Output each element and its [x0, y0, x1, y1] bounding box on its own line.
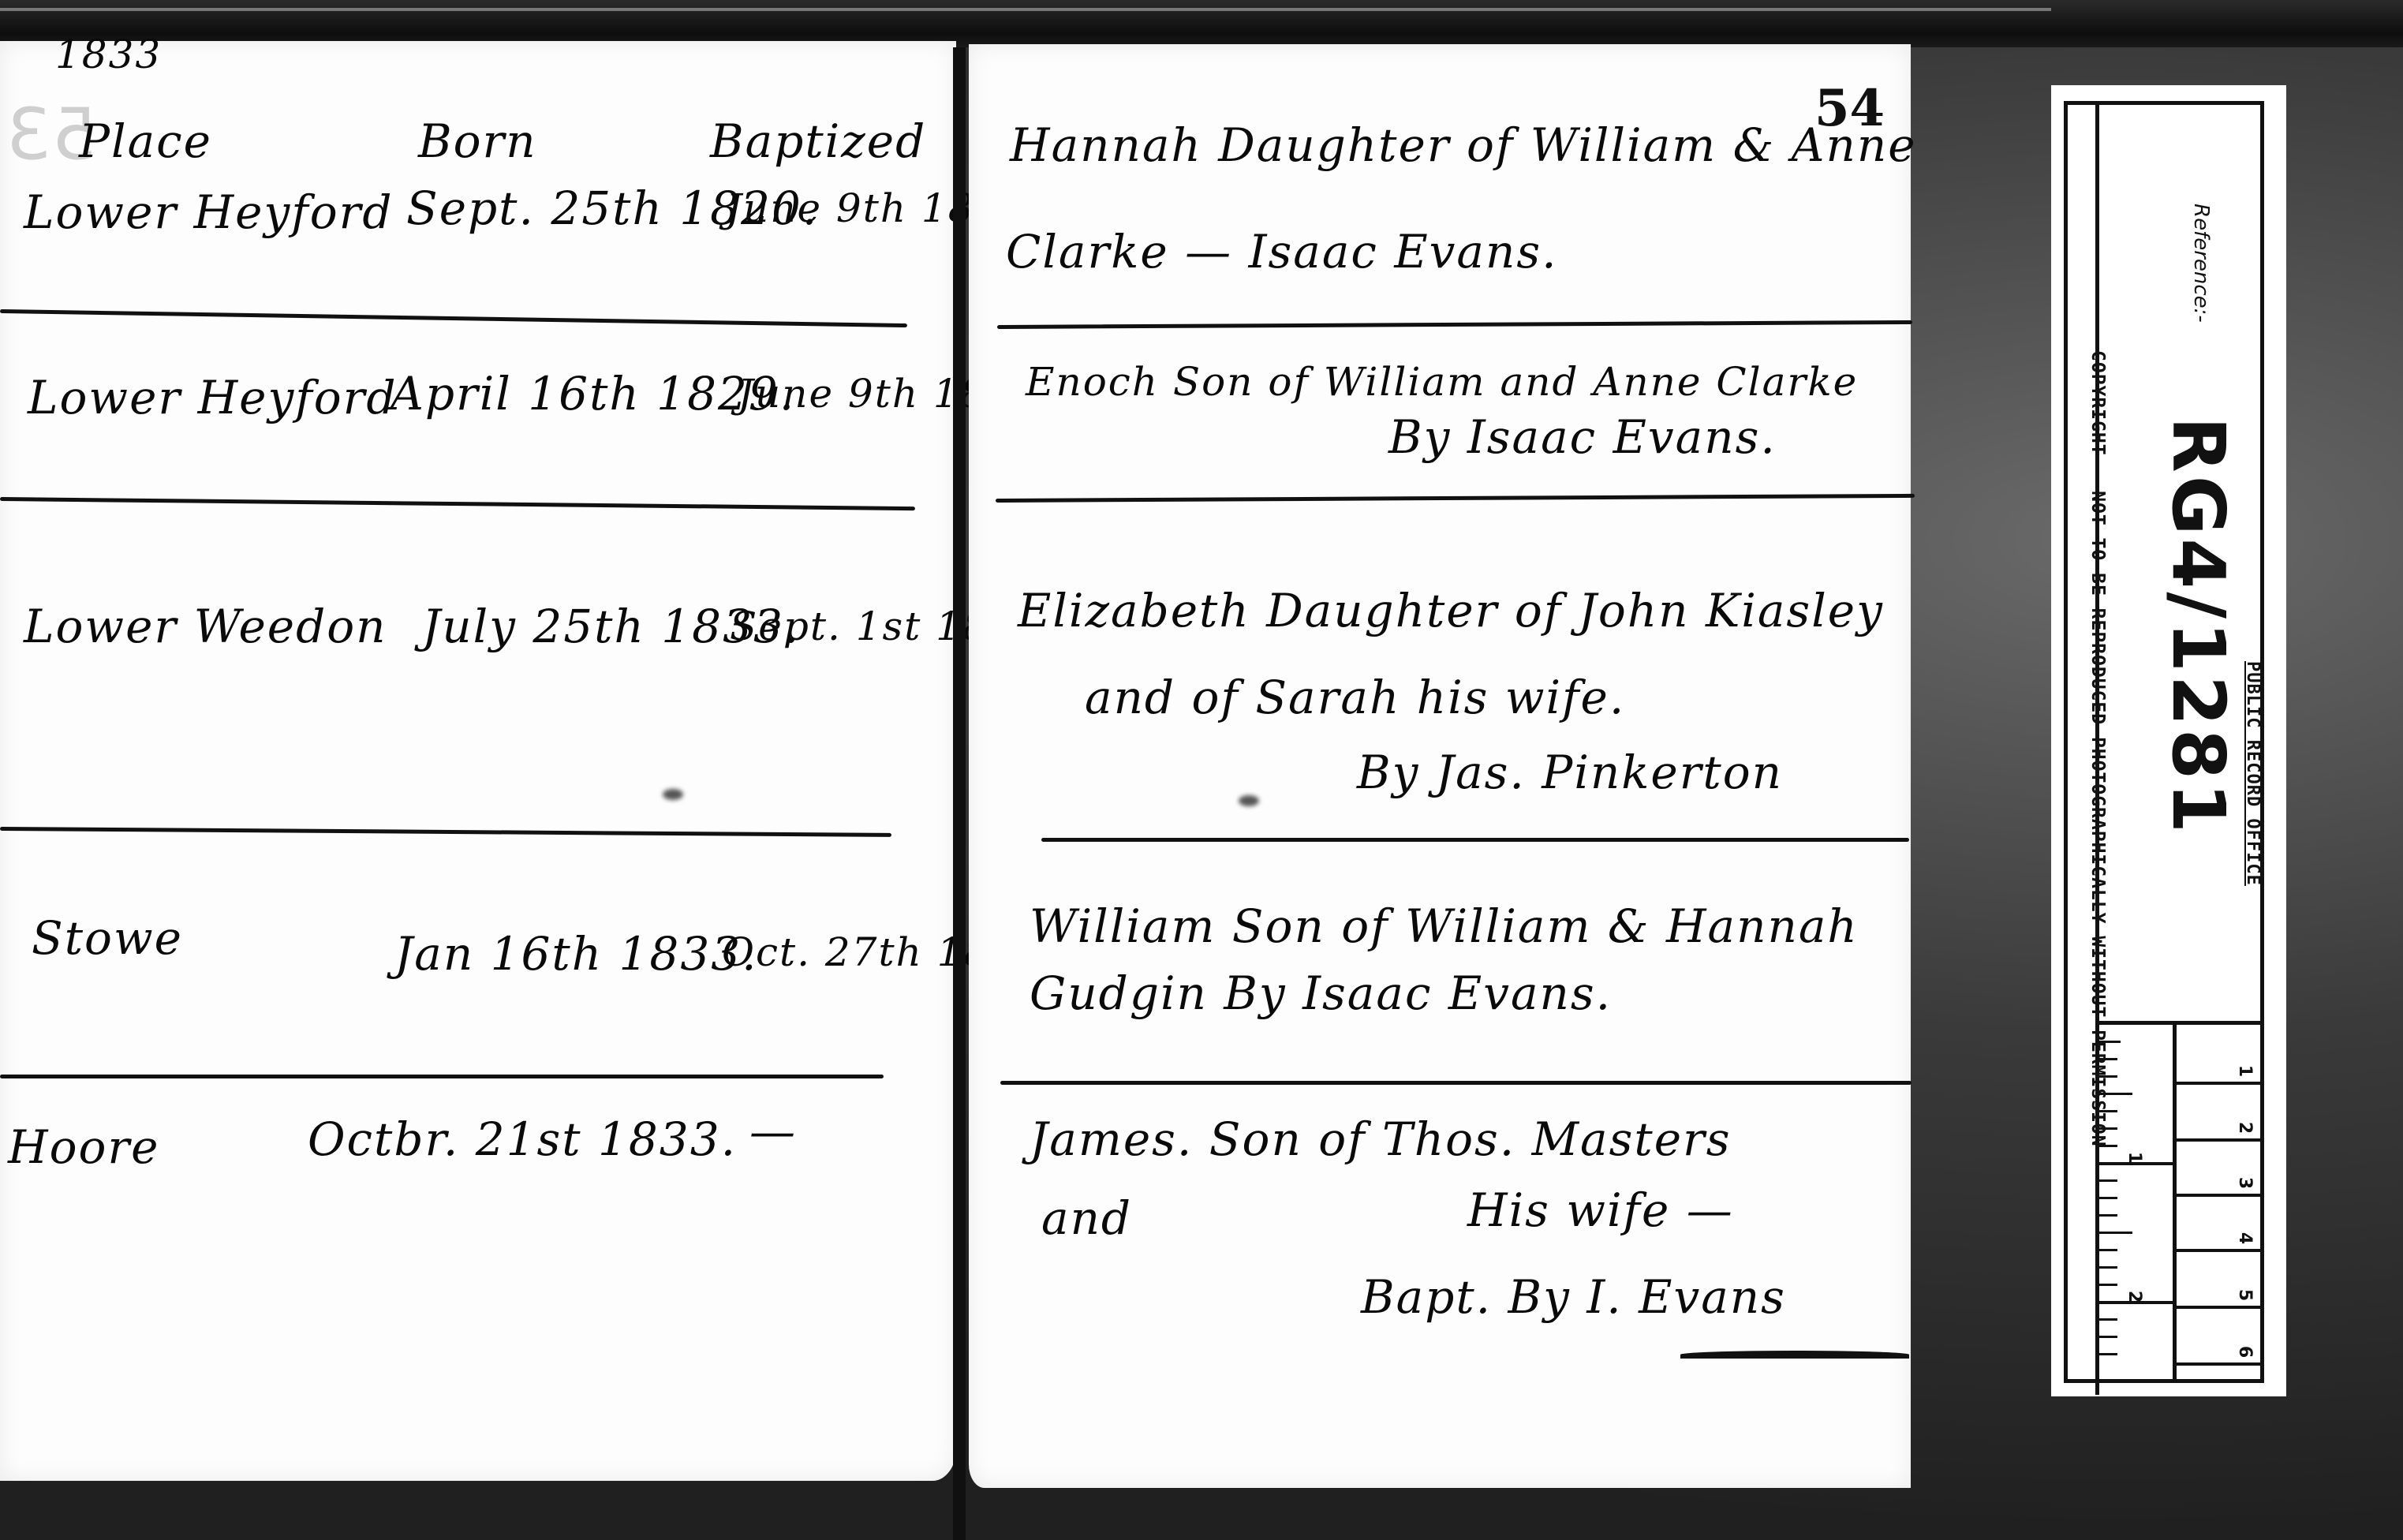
entry-line: Bapt. By I. Evans: [1361, 1270, 1786, 1324]
entry-line: Gudgin By Isaac Evans.: [1030, 966, 1612, 1020]
cm-label: 1: [2235, 1065, 2255, 1077]
entry-line: By Jas. Pinkerton: [1357, 746, 1783, 799]
entry-place: Hoore: [8, 1120, 159, 1174]
entry-line: and of Sarah his wife.: [1085, 671, 1625, 724]
entry-line: and: [1041, 1191, 1132, 1245]
entry-line: His wife —: [1467, 1183, 1734, 1237]
book-gutter: [953, 47, 966, 1540]
column-header-born: Born: [418, 114, 537, 168]
entry-line: William Son of William & Hannah: [1030, 899, 1859, 953]
entry-baptized: —: [749, 1105, 797, 1158]
left-page: [0, 41, 956, 1481]
reference-card: Reference:- RG4/1281 PUBLIC RECORD OFFIC…: [2051, 85, 2286, 1396]
entry-place: Stowe: [32, 911, 183, 965]
row-divider: [1041, 838, 1909, 842]
inch-label: 2: [2125, 1291, 2144, 1303]
reference-code: RG4/1281: [2156, 417, 2240, 836]
register-year: 1833: [55, 32, 162, 77]
cm-label: 5: [2235, 1289, 2255, 1301]
entry-line: By Isaac Evans.: [1388, 410, 1777, 464]
entry-line: Enoch Son of William and Anne Clarke: [1026, 359, 1858, 405]
cm-label: 6: [2235, 1346, 2255, 1358]
cm-label: 2: [2235, 1122, 2255, 1134]
entry-line: Elizabeth Daughter of John Kiasley: [1018, 584, 1884, 637]
entry-line: Clarke — Isaac Evans.: [1006, 225, 1558, 278]
column-header-baptized: Baptized: [710, 114, 926, 168]
flourish-underline: [1680, 1351, 1909, 1359]
cm-label: 4: [2235, 1232, 2255, 1244]
column-header-place: Place: [79, 114, 212, 168]
entry-place: Lower Heyford: [28, 371, 397, 424]
inch-label: 1: [2125, 1152, 2144, 1164]
row-divider: [0, 1075, 884, 1078]
office-name: PUBLIC RECORD OFFICE: [2243, 661, 2263, 886]
scan-top-edge: [0, 0, 2403, 47]
reference-label: Reference:-: [2189, 204, 2213, 323]
entry-born: Octbr. 21st 1833.: [308, 1112, 737, 1166]
scale-ruler: 1 2 1 2 3 4 5 6: [2097, 1021, 2261, 1381]
entry-place: Lower Heyford: [24, 185, 393, 239]
cm-label: 3: [2235, 1177, 2255, 1189]
entry-born: Jan 16th 1833.: [394, 927, 758, 981]
ink-blot: [1239, 795, 1259, 806]
entry-line: Hannah Daughter of William & Anne: [1010, 118, 1917, 172]
entry-born: April 16th 1829.: [391, 367, 795, 421]
row-divider: [1000, 1081, 1912, 1085]
ink-blot: [663, 789, 683, 800]
entry-line: James. Son of Thos. Masters: [1030, 1112, 1732, 1166]
entry-place: Lower Weedon: [24, 600, 387, 653]
ruler-divider: [2173, 1025, 2177, 1381]
